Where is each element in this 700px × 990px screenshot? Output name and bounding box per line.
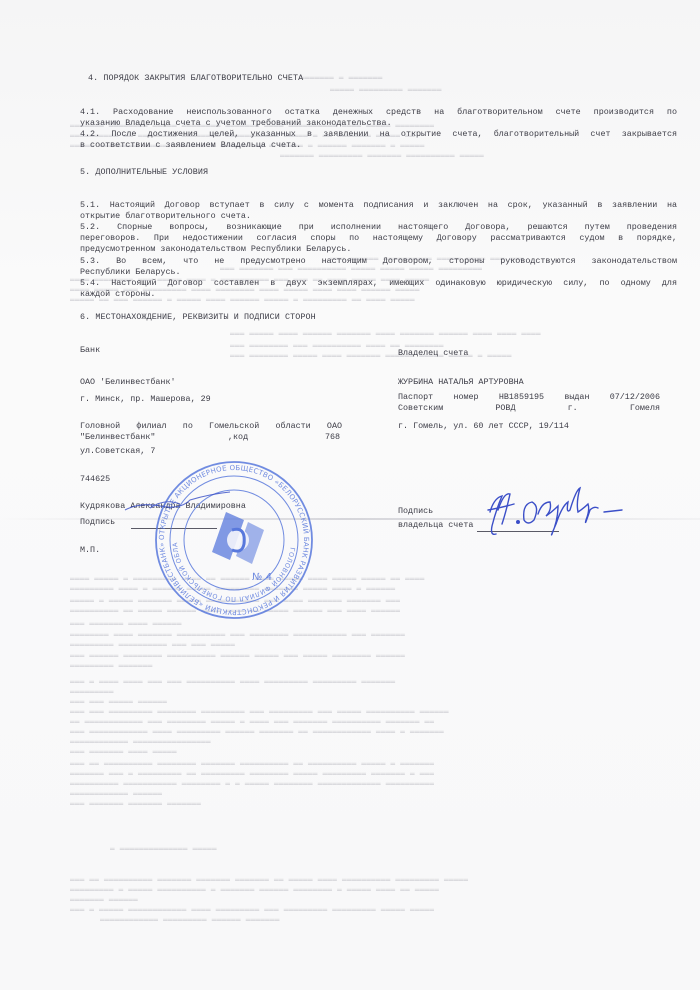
owner-passport-line-2: Советским РОВД г. Гомеля <box>398 403 660 414</box>
bank-signature-label: Подпись <box>80 517 115 528</box>
bank-branch-name: "Белинвестбанк" <box>80 432 155 443</box>
owner-signature-label-2: владельца счета <box>398 520 473 531</box>
bank-signature-icon <box>120 488 240 518</box>
section-4-clause-2: 4.2. После достижения целей, указанных в… <box>80 129 677 151</box>
owner-passport-line-1: Паспорт номер НВ1859195 выдан 07/12/2006 <box>398 392 660 403</box>
owner-signature-label-1: Подпись <box>398 506 433 517</box>
bank-stamp-icon: ОТКРЫТОЕ АКЦИОНЕРНОЕ ОБЩЕСТВО «БЕЛОРУССК… <box>152 460 316 620</box>
document-page: ═══════ ═ ═══════ ═════ ═════════ ══════… <box>0 0 700 990</box>
bank-branch-address: ул.Советская, 7 <box>80 446 155 457</box>
section-4-heading: 4. ПОРЯДОК ЗАКРЫТИЯ БЛАГОТВОРИТЕЛЬНО СЧЕ… <box>88 73 303 84</box>
section-5-clause-2: 5.2. Спорные вопросы, возникающие при ис… <box>80 222 677 256</box>
owner-name: ЖУРБИНА НАТАЛЬЯ АРТУРОВНА <box>398 377 524 388</box>
bank-unp: 744625 <box>80 474 110 485</box>
svg-text:№ 4: № 4 <box>252 572 272 583</box>
bank-branch-line-1: Головной филиал по Гомельской области ОА… <box>80 421 342 432</box>
bank-branch-code-label: ,код <box>228 432 248 443</box>
bank-address: г. Минск, пр. Машерова, 29 <box>80 394 211 405</box>
section-5-clause-4: 5.4. Настоящий Договор составлен в двух … <box>80 278 677 300</box>
owner-signature-icon <box>480 480 630 550</box>
bank-name: ОАО 'Белинвестбанк' <box>80 377 176 388</box>
section-4-clause-1: 4.1. Расходование неиспользованного оста… <box>80 107 677 129</box>
section-5-clause-1: 5.1. Настоящий Договор вступает в силу с… <box>80 200 677 222</box>
section-5-clause-3: 5.3. Во всем, что не предусмотрено насто… <box>80 256 677 278</box>
owner-address: г. Гомель, ул. 60 лет СССР, 19/114 <box>398 421 569 432</box>
owner-label: Владелец счета <box>398 348 468 359</box>
section-6-heading: 6. МЕСТОНАХОЖДЕНИЕ, РЕКВИЗИТЫ И ПОДПИСИ … <box>80 312 316 323</box>
bank-label: Банк <box>80 345 100 356</box>
section-5-heading: 5. ДОПОЛНИТЕЛЬНЫЕ УСЛОВИЯ <box>80 167 208 178</box>
seal-label: М.П. <box>80 545 100 556</box>
bank-branch-code: 768 <box>325 432 340 443</box>
